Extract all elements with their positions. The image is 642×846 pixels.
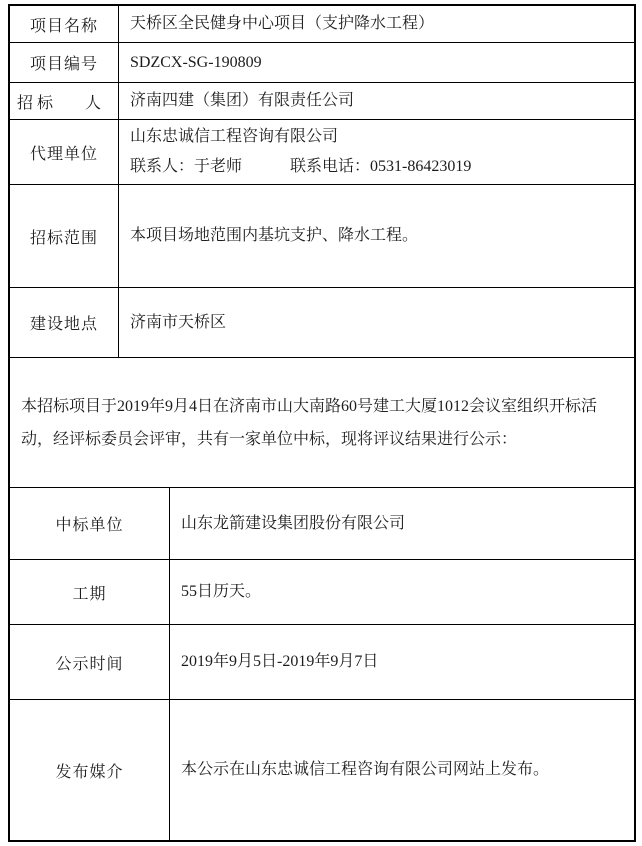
value-tender-scope: 本项目场地范围内基坑支护、降水工程。 bbox=[119, 185, 634, 287]
row-construction-site: 建设地点 济南市天桥区 bbox=[10, 288, 634, 358]
label-winning-bidder: 中标单位 bbox=[10, 488, 170, 559]
label-publication-media: 发布媒介 bbox=[10, 700, 170, 840]
agency-company-text: 山东忠诚信工程咨询有限公司 bbox=[130, 122, 624, 152]
agency-contact-text: 联系人：于老师 联系电话：0531-86423019 bbox=[130, 152, 624, 182]
notice-paragraph: 本招标项目于2019年9月4日在济南市山大南路60号建工大厦1012会议室组织开… bbox=[10, 358, 634, 487]
value-publication-media: 本公示在山东忠诚信工程咨询有限公司网站上发布。 bbox=[170, 700, 634, 840]
label-tenderee: 招 标 人 bbox=[10, 83, 119, 119]
value-project-number: SDZCX-SG-190809 bbox=[119, 43, 634, 82]
label-construction-period: 工期 bbox=[10, 560, 170, 624]
label-tender-scope: 招标范围 bbox=[10, 185, 119, 287]
row-publicity-period: 公示时间 2019年9月5日-2019年9月7日 bbox=[10, 625, 634, 700]
bid-announcement-table: 项目名称 天桥区全民健身中心项目（支护降水工程） 项目编号 SDZCX-SG-1… bbox=[8, 4, 636, 842]
publication-media-text: 本公示在山东忠诚信工程咨询有限公司网站上发布。 bbox=[181, 755, 624, 785]
value-construction-site: 济南市天桥区 bbox=[119, 288, 634, 357]
row-project-name: 项目名称 天桥区全民健身中心项目（支护降水工程） bbox=[10, 6, 634, 43]
winning-bidder-text: 山东龙箭建设集团股份有限公司 bbox=[181, 509, 624, 539]
label-construction-site: 建设地点 bbox=[10, 288, 119, 357]
tender-scope-text: 本项目场地范围内基坑支护、降水工程。 bbox=[130, 221, 624, 251]
label-publicity-period: 公示时间 bbox=[10, 625, 170, 699]
publicity-period-text: 2019年9月5日-2019年9月7日 bbox=[181, 647, 624, 677]
value-project-name: 天桥区全民健身中心项目（支护降水工程） bbox=[119, 6, 634, 42]
row-winning-bidder: 中标单位 山东龙箭建设集团股份有限公司 bbox=[10, 488, 634, 560]
row-project-number: 项目编号 SDZCX-SG-190809 bbox=[10, 43, 634, 83]
row-construction-period: 工期 55日历天。 bbox=[10, 560, 634, 625]
tenderee-text: 济南四建（集团）有限责任公司 bbox=[130, 86, 624, 116]
row-tender-scope: 招标范围 本项目场地范围内基坑支护、降水工程。 bbox=[10, 185, 634, 288]
construction-site-text: 济南市天桥区 bbox=[130, 308, 624, 338]
construction-period-text: 55日历天。 bbox=[181, 577, 624, 607]
project-name-text: 天桥区全民健身中心项目（支护降水工程） bbox=[130, 9, 624, 39]
value-agency: 山东忠诚信工程咨询有限公司 联系人：于老师 联系电话：0531-86423019 bbox=[119, 120, 634, 184]
label-project-number: 项目编号 bbox=[10, 43, 119, 82]
value-winning-bidder: 山东龙箭建设集团股份有限公司 bbox=[170, 488, 634, 559]
value-construction-period: 55日历天。 bbox=[170, 560, 634, 624]
row-publication-media: 发布媒介 本公示在山东忠诚信工程咨询有限公司网站上发布。 bbox=[10, 700, 634, 840]
value-publicity-period: 2019年9月5日-2019年9月7日 bbox=[170, 625, 634, 699]
row-notice: 本招标项目于2019年9月4日在济南市山大南路60号建工大厦1012会议室组织开… bbox=[10, 358, 634, 488]
row-agency: 代理单位 山东忠诚信工程咨询有限公司 联系人：于老师 联系电话：0531-864… bbox=[10, 120, 634, 185]
value-tenderee: 济南四建（集团）有限责任公司 bbox=[119, 83, 634, 119]
label-agency: 代理单位 bbox=[10, 120, 119, 184]
row-tenderee: 招 标 人 济南四建（集团）有限责任公司 bbox=[10, 83, 634, 120]
project-number-text: SDZCX-SG-190809 bbox=[130, 48, 624, 78]
label-project-name: 项目名称 bbox=[10, 6, 119, 42]
